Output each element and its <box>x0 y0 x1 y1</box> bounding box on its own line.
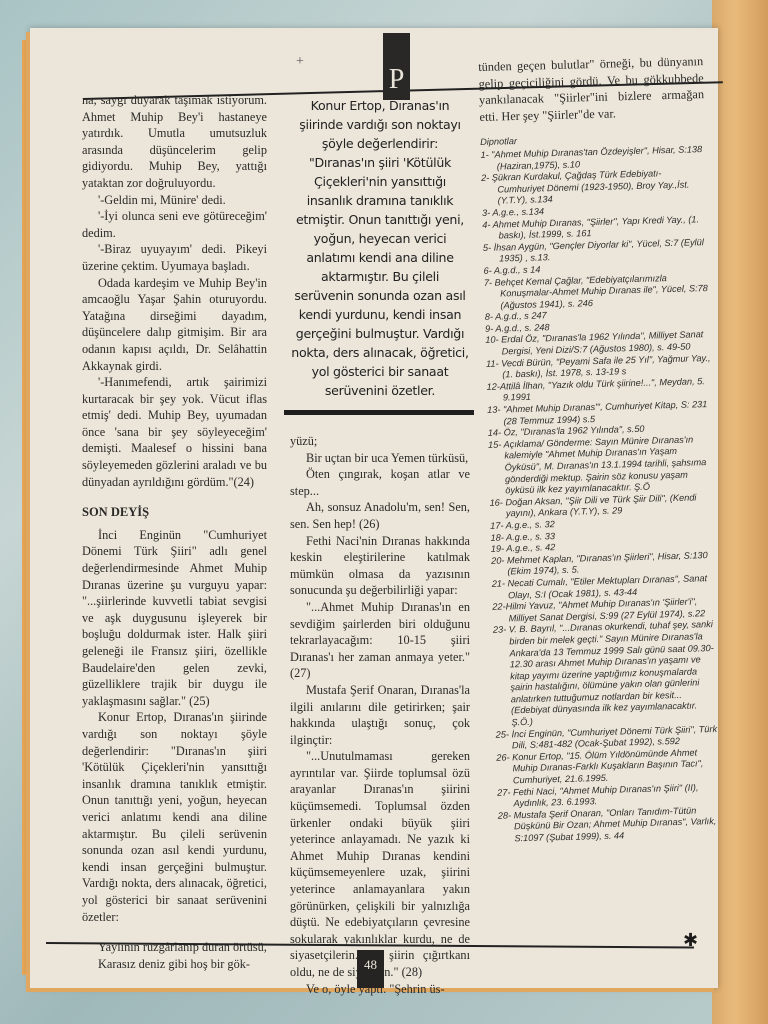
paragraph: Mustafa Şerif Onaran, Dıranas'la ilgili … <box>290 682 470 748</box>
paragraph: İnci Enginün "Cumhuriyet Dönemi Türk Şii… <box>82 527 267 710</box>
paragraph: Odada kardeşim ve Muhip Bey'in amcaoğlu … <box>82 275 267 375</box>
paragraph: Konur Ertop, Dıranas'ın şiirinde vardığı… <box>82 709 267 925</box>
quote: "...Ahmet Muhip Dıranas'ın en sevdiğim ş… <box>290 599 470 682</box>
poem-line: Ah, sonsuz Anadolu'm, sen! Sen, sen. Sen… <box>290 499 470 532</box>
footnote: 2- Şükran Kurdakul, Çağdaş Türk Edebiyat… <box>481 167 707 208</box>
poem-line: Karasız deniz gibi hoş bir gök- <box>82 956 267 973</box>
poem-line: Bir uçtan bir uca Yemen türküsü, <box>290 450 470 467</box>
section-letter: P <box>389 64 405 96</box>
paragraph: '-Biraz uyuyayım' dedi. Pikeyi üzerine ç… <box>82 241 267 274</box>
pencil-mark: + <box>296 54 304 70</box>
footnote: 28- Mustafa Şerif Onaran, "Onları Tanıdı… <box>498 805 724 846</box>
footnote: 15- Açıklama/ Gönderme: Sayın Münire Dır… <box>488 434 714 498</box>
pull-quote-rule <box>284 410 474 415</box>
section-letter-box: P <box>383 33 410 100</box>
footnote: 7- Behçet Kemal Çağlar, "Edebiyatçılarım… <box>484 272 710 313</box>
adjacent-book-cover <box>712 0 768 1024</box>
footnote: 23- V. B. Bayrıl, "...Dıranas okurkendi,… <box>493 619 721 729</box>
poem-line: yüzü; <box>290 433 470 450</box>
pull-quote: Konur Ertop, Dıranas'ın şiirinde vardığı… <box>290 96 470 400</box>
column-1: na, saygı duyarak taşımak istiyorum. Ahm… <box>82 92 267 972</box>
footnote: 26- Konur Ertop, "15. Ölüm Yıldönümünde … <box>496 747 722 788</box>
page-number-box: 48 <box>357 950 384 988</box>
section-heading: SON DEYİŞ <box>82 504 267 521</box>
footnotes: Dipnotlar 1- "Ahmet Muhip Dıranas'tan Öz… <box>480 131 723 845</box>
paragraph: na, saygı duyarak taşımak istiyorum. Ahm… <box>82 92 267 192</box>
column-3: tünden geçen bulutlar" örneği, bu dünyan… <box>478 53 724 845</box>
poem-line: Öten çıngırak, koşan atlar ve step... <box>290 466 470 499</box>
paragraph: '-Geldin mi, Münire' dedi. <box>82 192 267 209</box>
paragraph: tünden geçen bulutlar" örneği, bu dünyan… <box>478 53 705 125</box>
paragraph: Fethi Naci'nin Dıranas hakkında keskin e… <box>290 533 470 599</box>
page-number: 48 <box>364 957 377 972</box>
paragraph: '-İyi olunca seni eve götüreceğim' dedim… <box>82 208 267 241</box>
column-2: Konur Ertop, Dıranas'ın şiirinde vardığı… <box>290 96 470 997</box>
paragraph: '-Hanımefendi, artık şairimizi kurtaraca… <box>82 374 267 490</box>
